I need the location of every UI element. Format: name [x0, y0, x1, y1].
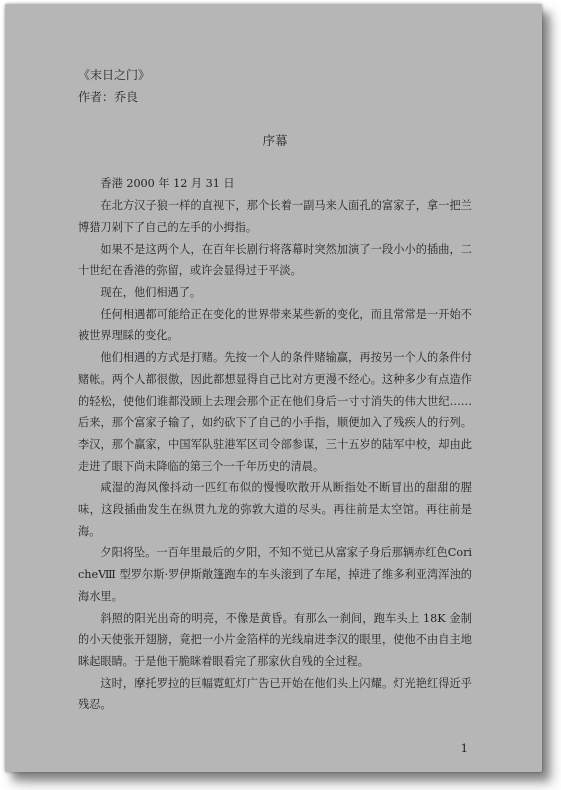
body-paragraph: 现在，他们相遇了。	[78, 282, 472, 304]
page-content: 《末日之门》 作者：乔良 序幕 香港 2000 年 12 月 31 日在北方汉子…	[78, 65, 472, 759]
body-paragraph: 任何相遇都可能给正在变化的世界带来某些新的变化，而且常常是一开始不被世界理睬的变…	[78, 304, 472, 347]
body-paragraph: 夕阳将坠。一百年里最后的夕阳，不知不觉已从富家子身后那辆赤红色CoricheⅧ …	[78, 542, 472, 607]
spacer	[78, 108, 472, 130]
book-author: 作者：乔良	[78, 87, 472, 109]
spacer	[78, 152, 472, 174]
body-paragraph: 如果不是这两个人，在百年长剧行将落幕时突然加演了一段小小的插曲，二十世纪在香港的…	[78, 239, 472, 282]
page-number: 1	[78, 738, 472, 760]
body-paragraph: 咸湿的海风像抖动一匹红布似的慢慢吹散开从断指处不断冒出的甜甜的腥味，这段插曲发生…	[78, 477, 472, 542]
chapter-heading: 序幕	[78, 130, 472, 152]
body-paragraph: 在北方汉子狼一样的直视下，那个长着一副马来人面孔的富家子，拿一把兰博猎刀剁下了自…	[78, 195, 472, 238]
body-text: 香港 2000 年 12 月 31 日在北方汉子狼一样的直视下，那个长着一副马来…	[78, 173, 472, 716]
body-paragraph: 斜照的阳光出奇的明亮，不像是黄昏。有那么一刹间，跑车头上 18K 金制的小天使张…	[78, 608, 472, 673]
document-page: 《末日之门》 作者：乔良 序幕 香港 2000 年 12 月 31 日在北方汉子…	[5, 4, 542, 772]
body-paragraph: 香港 2000 年 12 月 31 日	[78, 173, 472, 195]
scanned-document-canvas: 《末日之门》 作者：乔良 序幕 香港 2000 年 12 月 31 日在北方汉子…	[0, 0, 561, 790]
book-title: 《末日之门》	[78, 65, 472, 87]
body-paragraph: 这时，摩托罗拉的巨幅霓虹灯广告已开始在他们头上闪耀。灯光艳红得近乎残忍。	[78, 673, 472, 716]
body-paragraph: 他们相遇的方式是打赌。先按一个人的条件赌输赢，再按另一个人的条件付赌帐。两个人都…	[78, 347, 472, 477]
